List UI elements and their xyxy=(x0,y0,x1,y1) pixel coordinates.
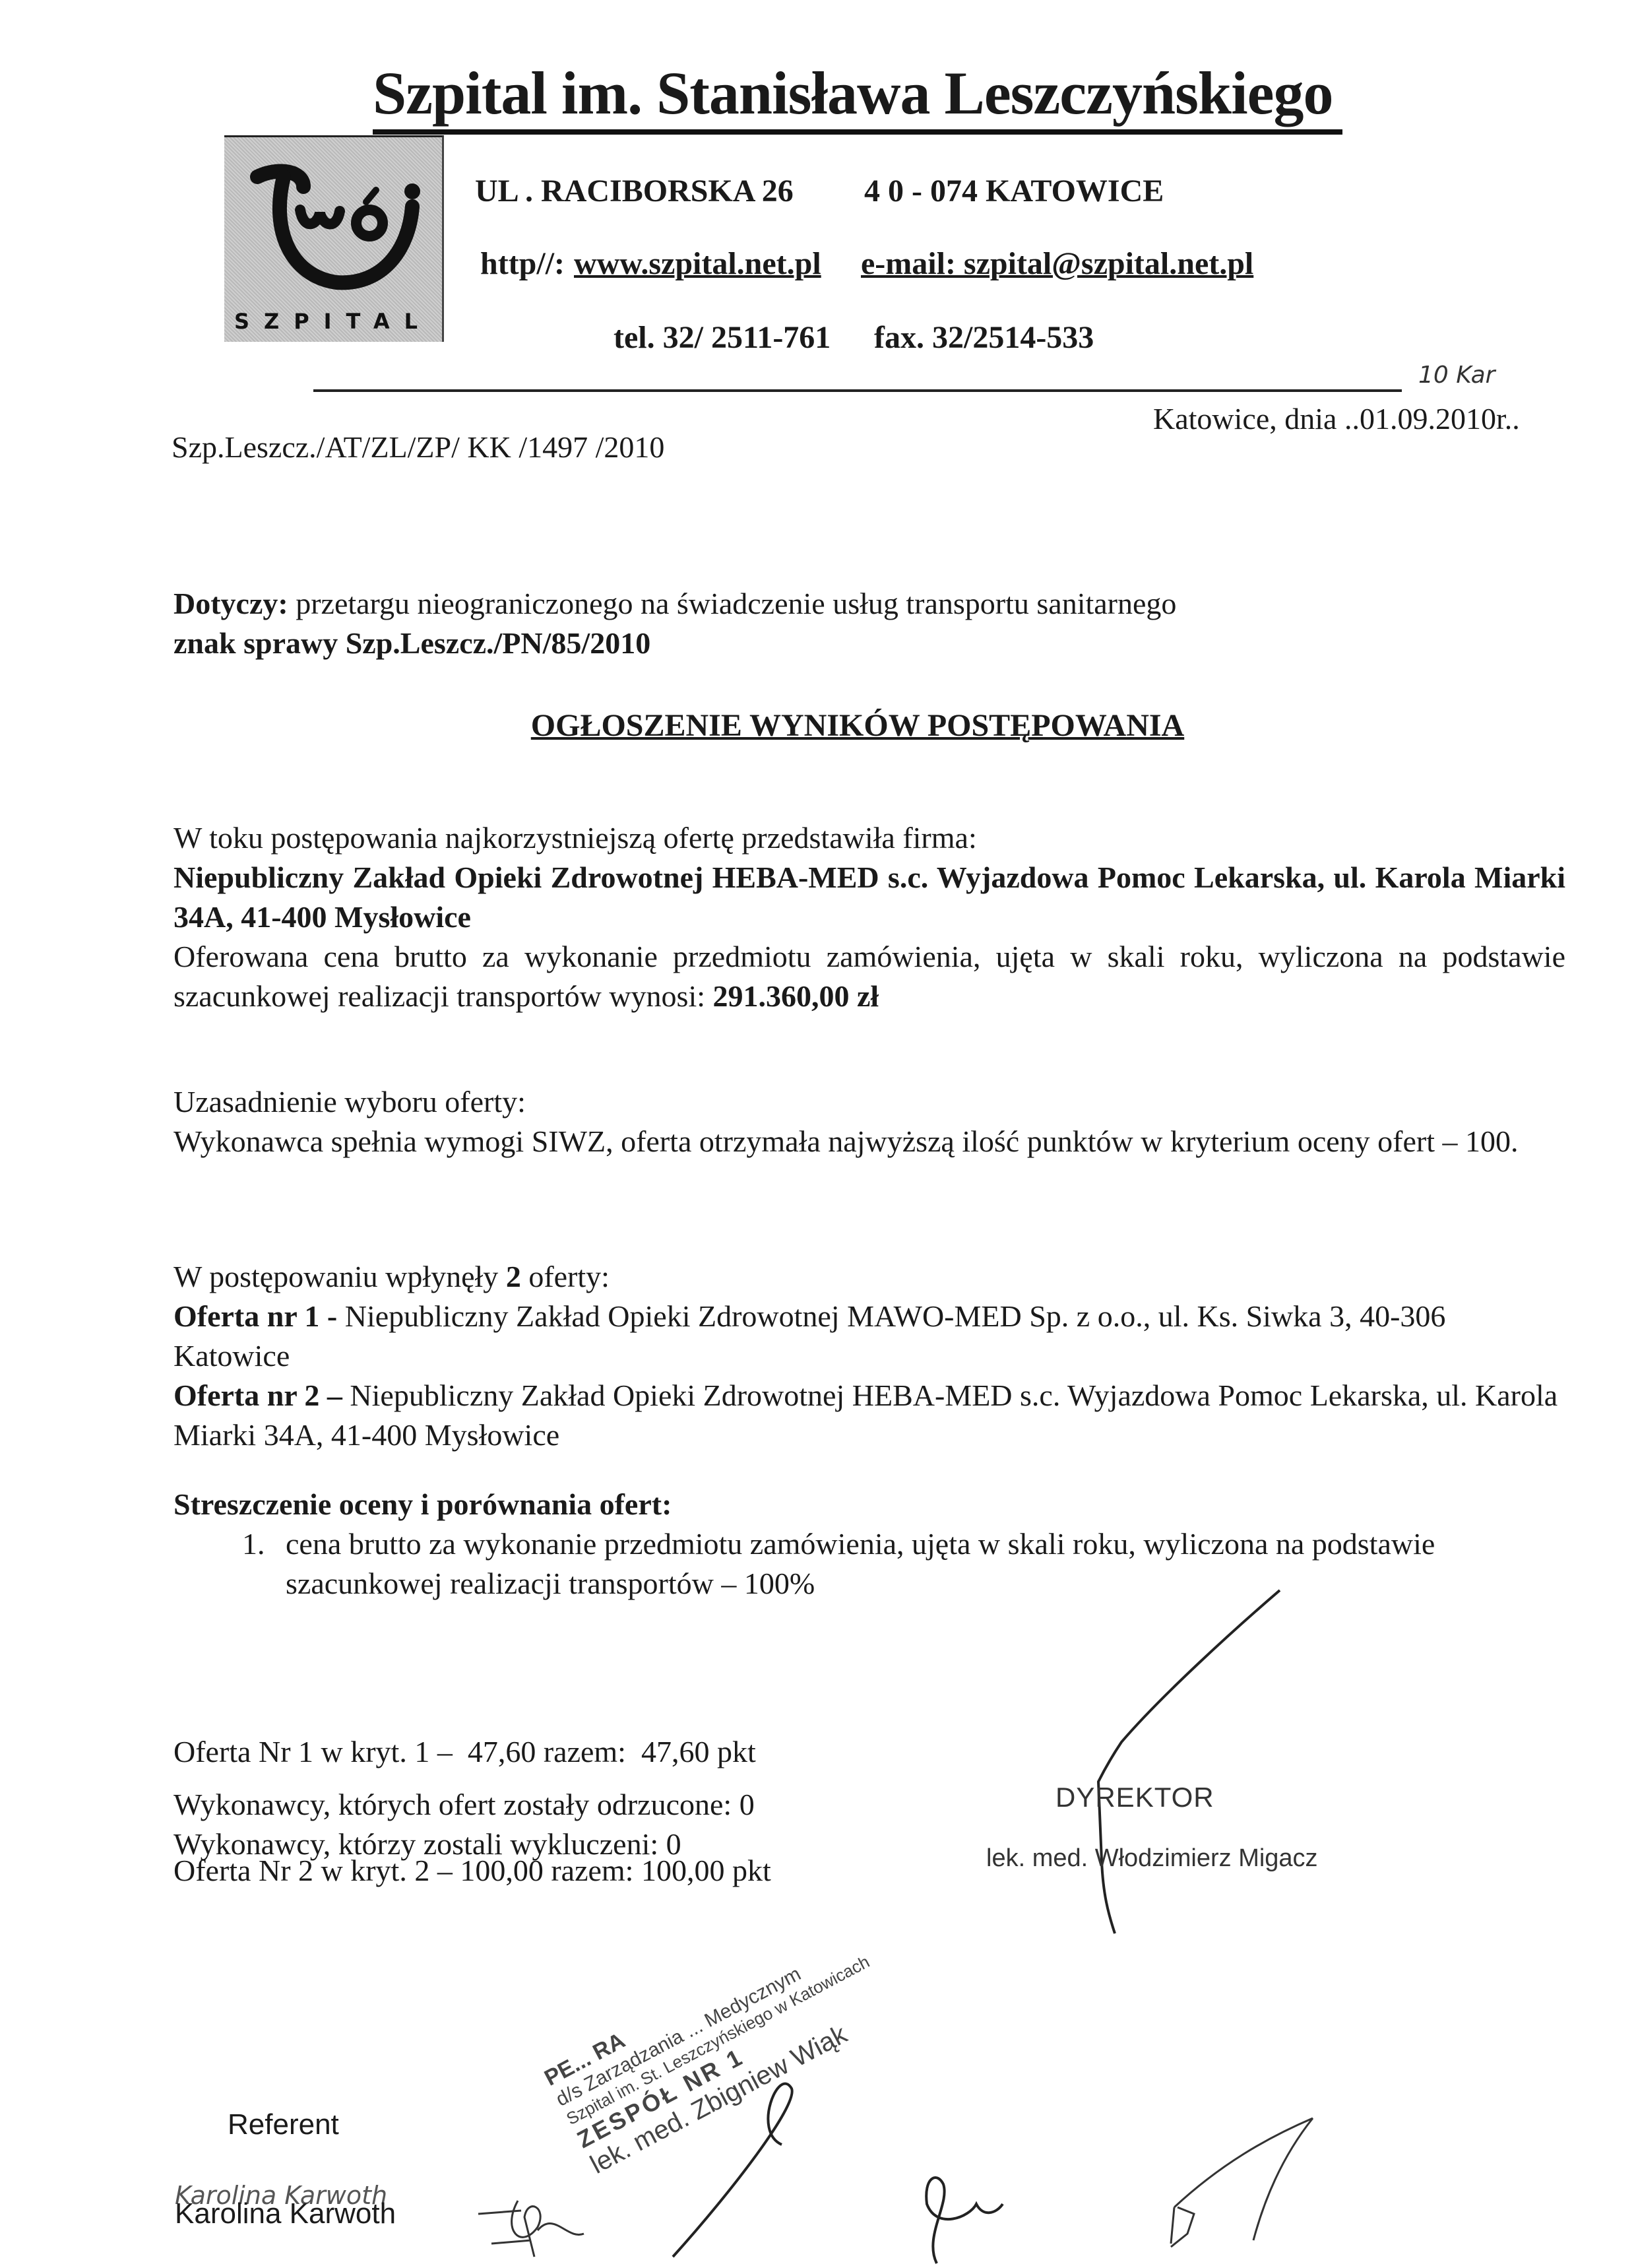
initials-signature-icon xyxy=(0,0,1636,2268)
